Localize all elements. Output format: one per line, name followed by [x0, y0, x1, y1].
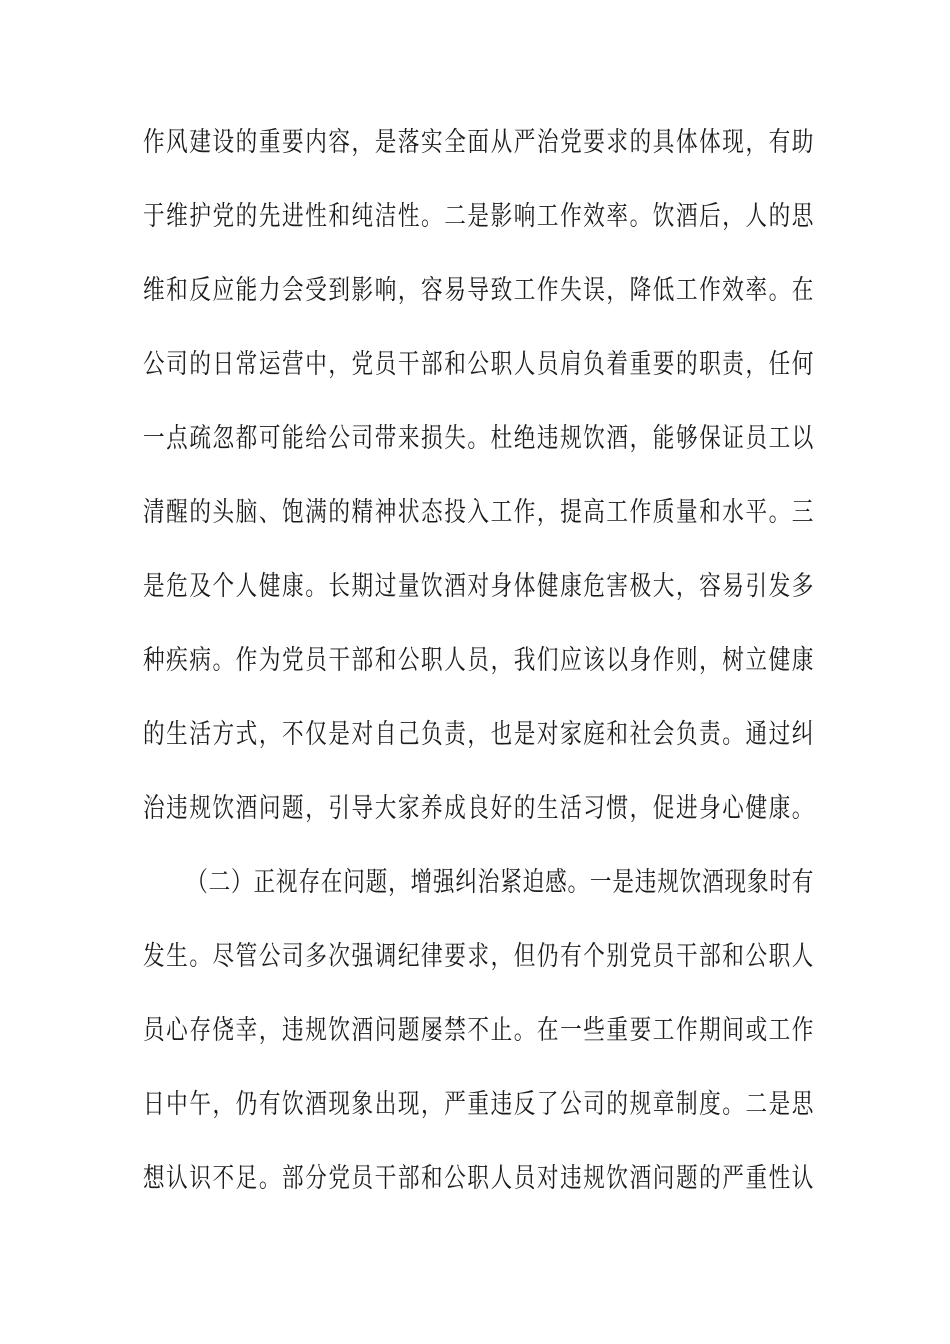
text-line: 想认识不足。部分党员干部和公职人员对违规饮酒问题的严重性认	[143, 1141, 813, 1215]
text-line: 发生。尽管公司多次强调纪律要求，但仍有个别党员干部和公职人	[143, 919, 813, 993]
text-line: 的生活方式，不仅是对自己负责，也是对家庭和社会负责。通过纠	[143, 697, 813, 771]
text-line: 是危及个人健康。长期过量饮酒对身体健康危害极大，容易引发多	[143, 549, 813, 623]
text-line: 作风建设的重要内容，是落实全面从严治党要求的具体体现，有助	[143, 105, 813, 179]
text-line: 公司的日常运营中，党员干部和公职人员肩负着重要的职责，任何	[143, 327, 813, 401]
text-line: 清醒的头脑、饱满的精神状态投入工作，提高工作质量和水平。三	[143, 475, 813, 549]
text-line: （二）正视存在问题，增强纠治紧迫感。一是违规饮酒现象时有	[143, 845, 813, 919]
document-page: 作风建设的重要内容，是落实全面从严治党要求的具体体现，有助于维护党的先进性和纯洁…	[0, 0, 950, 1344]
text-line: 种疾病。作为党员干部和公职人员，我们应该以身作则，树立健康	[143, 623, 813, 697]
text-line: 维和反应能力会受到影响，容易导致工作失误，降低工作效率。在	[143, 253, 813, 327]
paragraph: （二）正视存在问题，增强纠治紧迫感。一是违规饮酒现象时有发生。尽管公司多次强调纪…	[143, 845, 813, 1215]
text-line: 一点疏忽都可能给公司带来损失。杜绝违规饮酒，能够保证员工以	[143, 401, 813, 475]
text-line: 员心存侥幸，违规饮酒问题屡禁不止。在一些重要工作期间或工作	[143, 993, 813, 1067]
document-text-block: 作风建设的重要内容，是落实全面从严治党要求的具体体现，有助于维护党的先进性和纯洁…	[143, 105, 813, 1215]
text-line: 于维护党的先进性和纯洁性。二是影响工作效率。饮酒后，人的思	[143, 179, 813, 253]
text-line: 日中午，仍有饮酒现象出现，严重违反了公司的规章制度。二是思	[143, 1067, 813, 1141]
paragraph: 作风建设的重要内容，是落实全面从严治党要求的具体体现，有助于维护党的先进性和纯洁…	[143, 105, 813, 845]
text-line: 治违规饮酒问题，引导大家养成良好的生活习惯，促进身心健康。	[143, 771, 813, 845]
